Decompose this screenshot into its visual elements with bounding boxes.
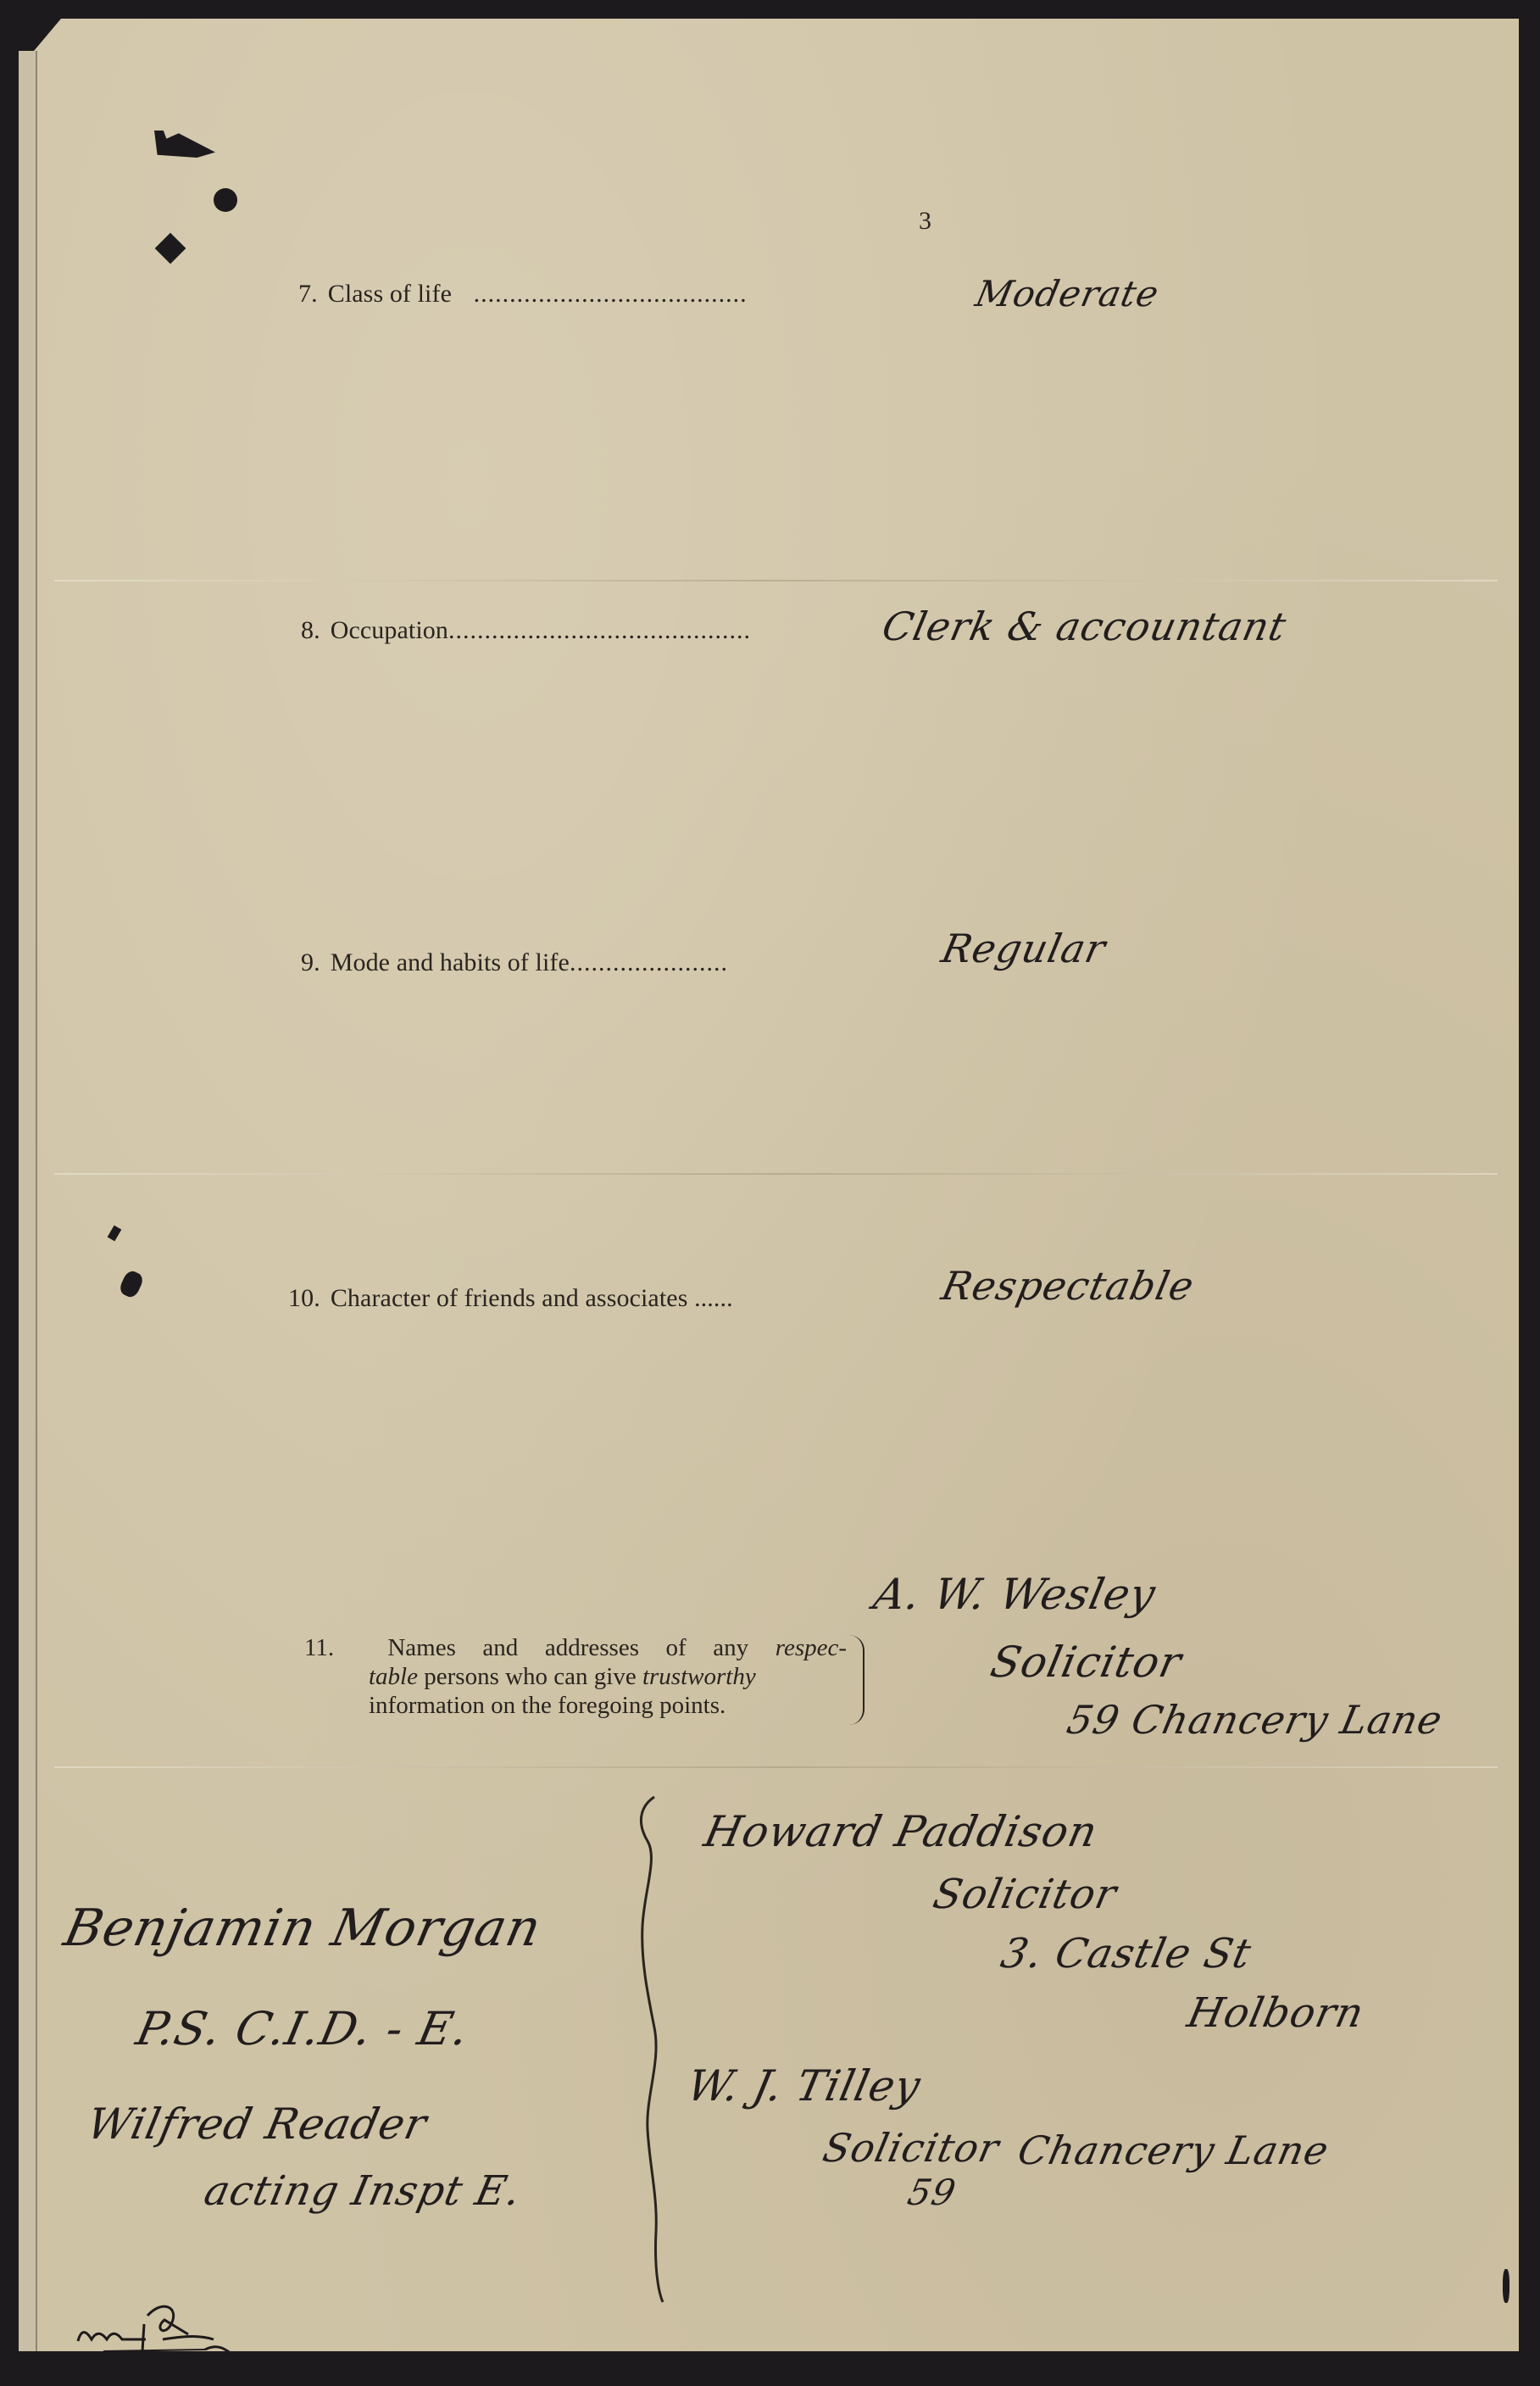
reference-3-number: 59 xyxy=(904,2172,960,2213)
reference-1-name: A. W. Wesley xyxy=(870,1570,1160,1619)
answer-mode-of-life: Regular xyxy=(937,926,1110,971)
question-number: 10. xyxy=(288,1284,320,1312)
punch-hole-icon xyxy=(118,1269,146,1299)
question-label: Class of life xyxy=(328,280,452,308)
question-text: Names and addresses of any xyxy=(387,1634,775,1661)
reference-2-address-1: 3. Castle St xyxy=(997,1930,1255,1977)
question-8: 8.Occupation............................… xyxy=(301,616,751,645)
punch-hole-icon xyxy=(108,1226,122,1242)
wavy-brace-icon xyxy=(629,1790,680,2307)
punch-hole-icon xyxy=(155,233,186,264)
question-9: 9.Mode and habits of life...............… xyxy=(301,948,728,977)
reference-3-address: Chancery Lane xyxy=(1014,2127,1333,2173)
fold-line xyxy=(54,580,1498,581)
question-number: 7. xyxy=(298,280,318,308)
question-text-italic: table xyxy=(369,1663,418,1690)
page-number: 3 xyxy=(919,207,931,236)
answer-occupation: Clerk & accountant xyxy=(878,603,1291,649)
question-11-line-2: table persons who can give trustworthy xyxy=(304,1662,847,1691)
question-number: 11. xyxy=(304,1634,334,1661)
question-text-italic: trustworthy xyxy=(642,1663,756,1690)
question-10: 10.Character of friends and associates .… xyxy=(288,1284,733,1313)
binding-edge xyxy=(19,51,37,2351)
officer-rank: P.S. C.I.D. - E. xyxy=(131,2002,474,2055)
initials-signature-icon xyxy=(69,2290,273,2367)
question-number: 9. xyxy=(301,948,320,976)
officer-signature: Benjamin Morgan xyxy=(59,1899,547,1958)
question-7: 7.Class of life ........................… xyxy=(298,280,748,309)
reference-1-title: Solicitor xyxy=(987,1638,1187,1687)
question-text: persons who can give xyxy=(418,1663,642,1690)
inspector-signature: Wilfred Reader xyxy=(83,2100,431,2149)
dot-leader: ........................................… xyxy=(448,616,751,644)
inspector-title: acting Inspt E. xyxy=(200,2167,525,2215)
question-11: 11. Names and addresses of any respec- t… xyxy=(304,1633,847,1720)
question-text-italic: respec- xyxy=(776,1634,847,1661)
punch-hole-icon xyxy=(154,131,215,158)
reference-2-title: Solicitor xyxy=(929,1871,1121,1918)
reference-1-address: 59 Chancery Lane xyxy=(1063,1697,1447,1743)
dot-leader: ...... xyxy=(694,1284,733,1312)
reference-3-name: W. J. Tilley xyxy=(683,2061,926,2111)
dot-leader: ...................... xyxy=(570,948,728,976)
right-brace-icon xyxy=(849,1635,865,1725)
answer-class-of-life: Moderate xyxy=(972,273,1163,314)
question-label: Mode and habits of life xyxy=(331,948,570,976)
punch-hole-icon xyxy=(1503,2269,1509,2303)
reference-2-address-2: Holborn xyxy=(1183,1989,1368,2037)
punch-hole-icon xyxy=(214,188,237,212)
fold-line xyxy=(54,1766,1498,1768)
question-number: 8. xyxy=(301,616,320,644)
dot-leader: ...................................... xyxy=(474,280,748,308)
reference-2-name: Howard Paddison xyxy=(700,1807,1103,1856)
document-page: 3 7.Class of life ......................… xyxy=(19,19,1519,2351)
reference-3-title: Solicitor xyxy=(819,2125,1004,2171)
fold-line xyxy=(54,1173,1498,1175)
question-11-line-1: 11. Names and addresses of any respec- xyxy=(304,1633,847,1662)
answer-character-of-friends: Respectable xyxy=(937,1263,1198,1309)
question-label: Character of friends and associates xyxy=(331,1284,688,1312)
question-11-line-3: information on the foregoing points. xyxy=(304,1691,847,1720)
question-label: Occupation xyxy=(331,616,448,644)
